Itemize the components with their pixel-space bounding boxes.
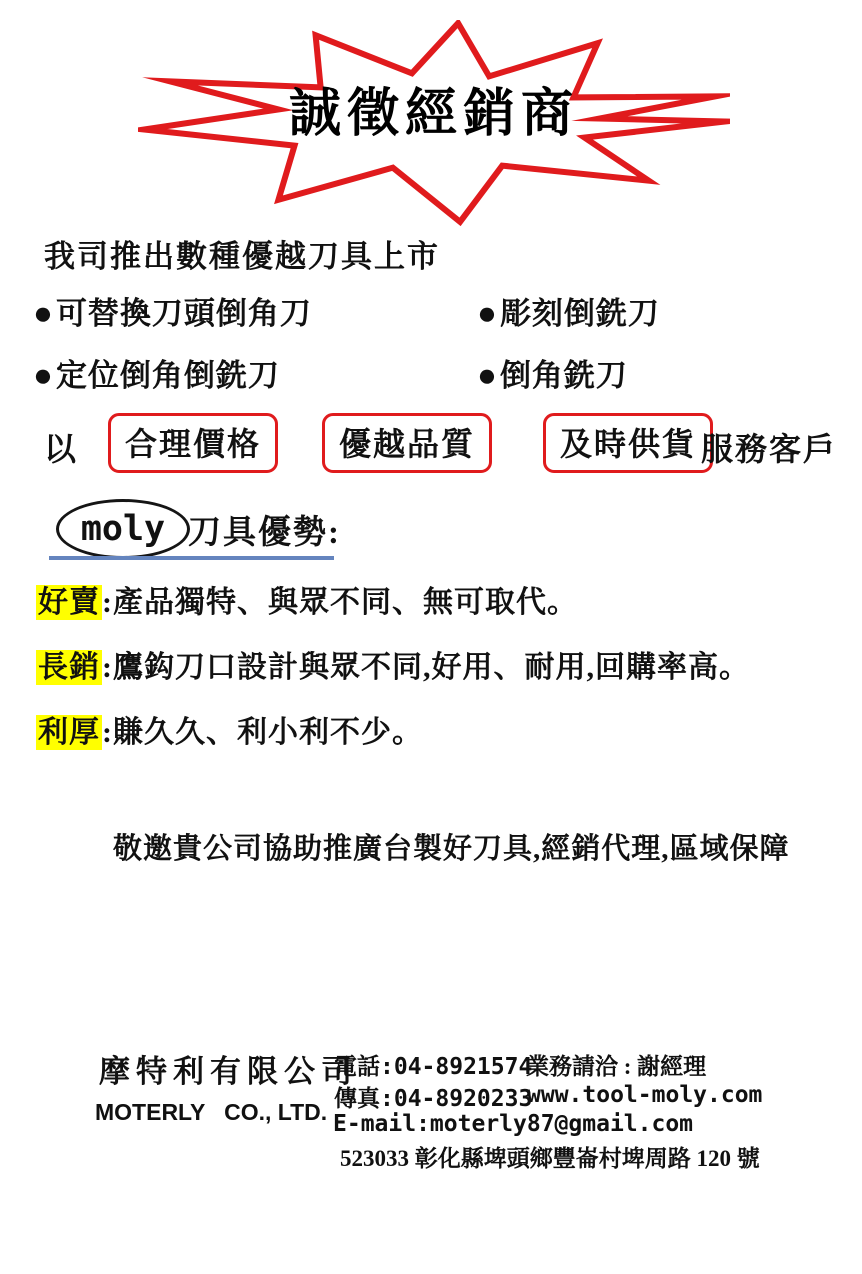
advantage-text: :鷹鈎刀口設計與眾不同,好用、耐用,回購率高。 bbox=[102, 651, 750, 684]
advantage-text: :賺久久、利小利不少。 bbox=[102, 716, 423, 749]
page-title: 誠徵經銷商 bbox=[138, 86, 730, 143]
bullet-icon: ● bbox=[477, 358, 498, 394]
heading-underline bbox=[49, 556, 334, 560]
website-line: www.tool-moly.com bbox=[527, 1082, 762, 1108]
bullet-icon: ● bbox=[477, 296, 498, 332]
product-item: ●彫刻倒銑刀 bbox=[477, 288, 660, 333]
company-name-en: MOTERLY CO., LTD. bbox=[95, 1099, 327, 1126]
flyer-page: 誠徵經銷商 我司推出數種優越刀具上市 ●可替換刀頭倒角刀 ●彫刻倒銑刀 ●定位倒… bbox=[0, 0, 862, 1274]
intro-line: 我司推出數種優越刀具上市 bbox=[44, 231, 440, 276]
bullet-icon: ● bbox=[33, 358, 54, 394]
email-line: E-mail:moterly87@gmail.com bbox=[333, 1111, 693, 1137]
advantage-text: :產品獨特、與眾不同、無可取代。 bbox=[102, 586, 578, 619]
product-item: ●倒角銑刀 bbox=[477, 350, 628, 395]
product-label: 定位倒角倒銑刀 bbox=[56, 358, 280, 393]
invitation-line: 敬邀貴公司協助推廣台製好刀具,經銷代理,區域保障 bbox=[113, 826, 790, 867]
badge-superior-quality: 優越品質 bbox=[322, 413, 492, 473]
bullet-icon: ● bbox=[33, 296, 54, 332]
fax-line: 傳真:04-8920233 bbox=[334, 1080, 532, 1113]
address-line: 523033 彰化縣埤頭鄉豐崙村埤周路 120 號 bbox=[340, 1140, 760, 1173]
phone-line: 電話:04-8921574 bbox=[334, 1048, 532, 1081]
product-label: 彫刻倒銑刀 bbox=[500, 296, 660, 331]
advantage-keyword: 利厚 bbox=[36, 715, 102, 750]
advantage-keyword: 長銷 bbox=[36, 650, 102, 685]
brand-name: moly bbox=[81, 509, 165, 549]
product-item: ●定位倒角倒銑刀 bbox=[33, 350, 280, 395]
advantage-keyword: 好賣 bbox=[36, 585, 102, 620]
service-suffix: 服務客戶 bbox=[701, 424, 837, 470]
service-prefix: 以 bbox=[44, 424, 76, 470]
advantages-heading: 刀具優勢: bbox=[188, 506, 341, 553]
title-banner: 誠徵經銷商 bbox=[138, 20, 730, 228]
badge-timely-supply: 及時供貨 bbox=[543, 413, 713, 473]
product-label: 可替換刀頭倒角刀 bbox=[56, 296, 312, 331]
product-label: 倒角銑刀 bbox=[500, 358, 628, 393]
product-item: ●可替換刀頭倒角刀 bbox=[33, 288, 312, 333]
sales-contact-line: 業務請洽 : 謝經理 bbox=[526, 1048, 706, 1081]
badge-fair-price: 合理價格 bbox=[108, 413, 278, 473]
brand-logo: moly bbox=[56, 499, 190, 559]
company-name-zh: 摩特利有限公司 bbox=[99, 1046, 358, 1091]
advantage-line: 長銷:鷹鈎刀口設計與眾不同,好用、耐用,回購率高。 bbox=[36, 642, 750, 686]
advantage-line: 好賣:產品獨特、與眾不同、無可取代。 bbox=[36, 577, 578, 621]
advantage-line: 利厚:賺久久、利小利不少。 bbox=[36, 707, 423, 751]
